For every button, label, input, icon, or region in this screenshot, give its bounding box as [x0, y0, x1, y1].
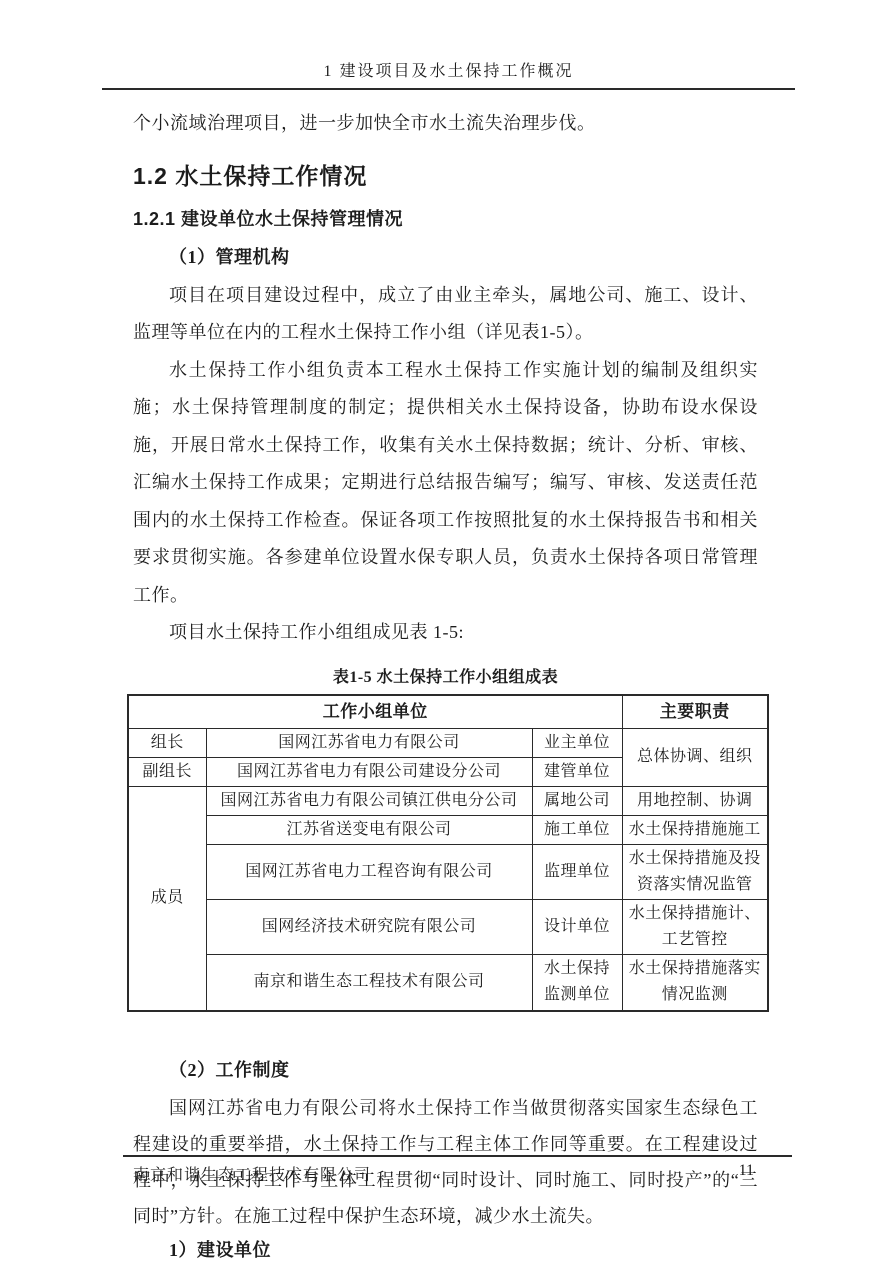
duty-cell: 水土保持措施施工 — [622, 815, 768, 844]
duty-cell: 水土保持措施落实情况监测 — [622, 954, 768, 1011]
footer-company-name: 南京和谐生态工程技术有限公司 — [123, 1162, 371, 1185]
duty-cell: 总体协调、组织 — [622, 728, 768, 786]
paragraph-group-duty: 水土保持工作小组负责本工程水土保持工作实施计划的编制及组织实施；水土保持管理制度… — [133, 352, 758, 615]
heading-item-work-system: （2）工作制度 — [133, 1056, 758, 1082]
company-cell: 国网江苏省电力有限公司 — [206, 728, 532, 757]
heading-item-management-organ: （1）管理机构 — [133, 243, 758, 269]
page-content: 个小流域治理项目，进一步加快全市水土流失治理步伐。 1.2 水土保持工作情况 1… — [133, 105, 758, 1262]
table-row: 国网经济技术研究院有限公司 设计单位 水土保持措施计、工艺管控 — [128, 899, 768, 954]
paragraph-table-reference: 项目水土保持工作小组组成见表 1-5: — [133, 614, 758, 652]
page-header: 1 建设项目及水土保持工作概况 — [102, 0, 795, 90]
unit-type-cell: 属地公司 — [532, 786, 622, 815]
role-cell: 组长 — [128, 728, 206, 757]
table-caption: 表1-5 水土保持工作小组组成表 — [133, 664, 758, 687]
table-row: 江苏省送变电有限公司 施工单位 水土保持措施施工 — [128, 815, 768, 844]
company-cell: 国网江苏省电力有限公司建设分公司 — [206, 757, 532, 786]
duty-cell: 水土保持措施及投资落实情况监管 — [622, 844, 768, 899]
duty-cell: 水土保持措施计、工艺管控 — [622, 899, 768, 954]
column-header-main-duty: 主要职责 — [622, 695, 768, 729]
company-cell: 国网江苏省电力有限公司镇江供电分公司 — [206, 786, 532, 815]
role-cell: 副组长 — [128, 757, 206, 786]
paragraph-intro: 个小流域治理项目，进一步加快全市水土流失治理步伐。 — [133, 105, 758, 143]
unit-type-cell: 监理单位 — [532, 844, 622, 899]
heading-section-1-2: 1.2 水土保持工作情况 — [133, 158, 758, 191]
company-cell: 国网经济技术研究院有限公司 — [206, 899, 532, 954]
table-row: 组长 国网江苏省电力有限公司 业主单位 总体协调、组织 — [128, 728, 768, 757]
paragraph-group-setup: 项目在项目建设过程中，成立了由业主牵头，属地公司、施工、设计、监理等单位在内的工… — [133, 277, 758, 352]
unit-type-cell: 设计单位 — [532, 899, 622, 954]
table-row: 国网江苏省电力工程咨询有限公司 监理单位 水土保持措施及投资落实情况监管 — [128, 844, 768, 899]
table-row: 南京和谐生态工程技术有限公司 水土保持监测单位 水土保持措施落实情况监测 — [128, 954, 768, 1011]
page-footer: 南京和谐生态工程技术有限公司 11 — [123, 1155, 792, 1185]
duty-cell: 用地控制、协调 — [622, 786, 768, 815]
heading-subsection-1-2-1: 1.2.1 建设单位水土保持管理情况 — [133, 205, 758, 231]
role-cell-members: 成员 — [128, 786, 206, 1011]
work-group-table: 工作小组单位 主要职责 组长 国网江苏省电力有限公司 业主单位 总体协调、组织 … — [127, 694, 769, 1013]
table-header-row: 工作小组单位 主要职责 — [128, 695, 768, 729]
document-page: 1 建设项目及水土保持工作概况 个小流域治理项目，进一步加快全市水土流失治理步伐… — [0, 0, 892, 1263]
company-cell: 国网江苏省电力工程咨询有限公司 — [206, 844, 532, 899]
page-number: 11 — [739, 1162, 792, 1180]
unit-type-cell: 施工单位 — [532, 815, 622, 844]
header-chapter-title: 1 建设项目及水土保持工作概况 — [102, 58, 795, 90]
unit-type-cell: 业主单位 — [532, 728, 622, 757]
heading-subitem-construction-unit: 1）建设单位 — [133, 1236, 758, 1262]
company-cell: 南京和谐生态工程技术有限公司 — [206, 954, 532, 1011]
unit-type-cell: 建管单位 — [532, 757, 622, 786]
unit-type-cell: 水土保持监测单位 — [532, 954, 622, 1011]
column-header-group-units: 工作小组单位 — [128, 695, 622, 729]
company-cell: 江苏省送变电有限公司 — [206, 815, 532, 844]
table-row: 成员 国网江苏省电力有限公司镇江供电分公司 属地公司 用地控制、协调 — [128, 786, 768, 815]
